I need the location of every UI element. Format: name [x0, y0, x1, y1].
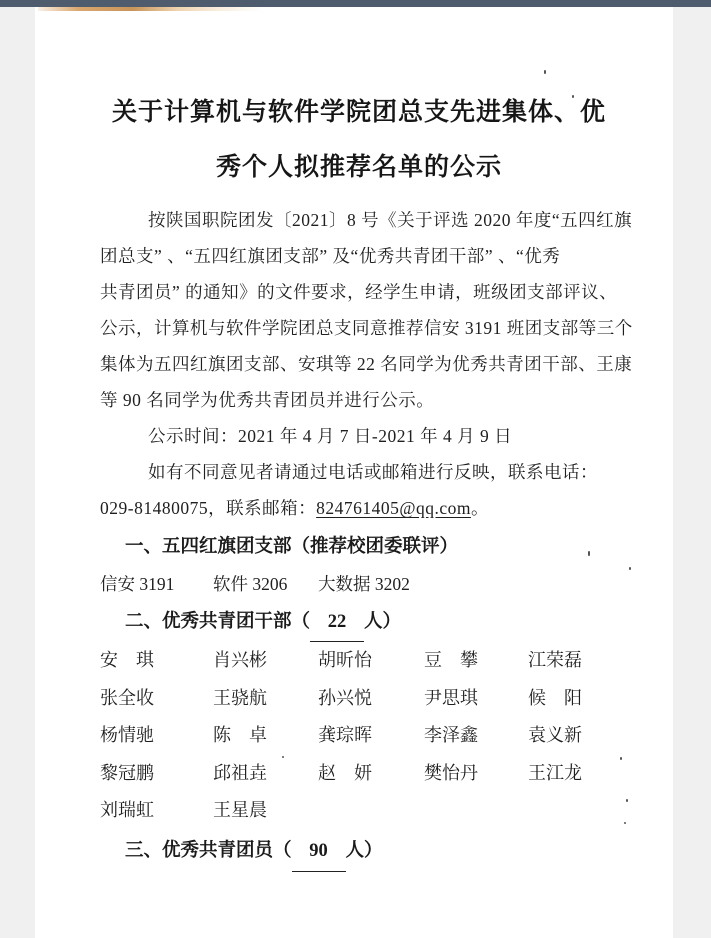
name-item: 陈 卓 — [213, 717, 318, 755]
branch-item: 软件 3206 — [213, 566, 318, 602]
scan-speck — [626, 799, 628, 802]
viewer-top-bar — [0, 0, 711, 7]
feedback-line-2: 029-81480075，联系邮箱：824761405@qq.com。 — [100, 490, 618, 526]
name-item: 王江龙 — [528, 755, 618, 793]
name-item: 樊怡丹 — [424, 755, 528, 793]
name-item: 候 阳 — [528, 680, 618, 718]
name-item: 邱祖垚 — [213, 755, 318, 793]
name-item: 黎冠鹏 — [100, 755, 213, 793]
name-item: 孙兴悦 — [318, 680, 424, 718]
body-line: 按陕国职院团发〔2021〕8 号《关于评选 2020 年度“五四红旗 — [100, 202, 618, 238]
section-3-heading: 三、优秀共青团员（90人） — [100, 830, 618, 872]
name-item: 杨情驰 — [100, 717, 213, 755]
name-item: 龚琮晖 — [318, 717, 424, 755]
section-3-heading-suffix: 人） — [346, 839, 383, 860]
name-item: 李泽鑫 — [424, 717, 528, 755]
section-1-heading: 一、五四红旗团支部（推荐校团委联评） — [100, 526, 618, 566]
body-line: 集体为五四红旗团支部、安琪等 22 名同学为优秀共青团干部、王康 — [100, 346, 618, 382]
scan-speck — [282, 756, 284, 758]
document-title-line-1: 关于计算机与软件学院团总支先进集体、优 — [100, 85, 618, 140]
feedback-line-2-end: 。 — [471, 498, 489, 518]
name-item: 江荣磊 — [528, 642, 618, 680]
document-viewer: 关于计算机与软件学院团总支先进集体、优 秀个人拟推荐名单的公示 按陕国职院团发〔… — [0, 0, 711, 938]
name-item: 袁义新 — [528, 717, 618, 755]
member-count: 90 — [292, 831, 346, 872]
body-line: 等 90 名同学为优秀共青团员并进行公示。 — [100, 382, 618, 418]
name-item: 赵 妍 — [318, 755, 424, 793]
name-item: 胡昕怡 — [318, 642, 424, 680]
branch-item: 信安 3191 — [100, 566, 213, 602]
section-3-heading-prefix: 三、优秀共青团员（ — [125, 839, 292, 860]
section-2-heading-suffix: 人） — [364, 610, 401, 631]
scan-speck — [572, 95, 574, 98]
scan-speck — [544, 70, 546, 74]
publicity-time-line: 公示时间：2021 年 4 月 7 日-2021 年 4 月 9 日 — [100, 418, 618, 454]
scan-speck — [629, 567, 631, 570]
body-line: 团总支” 、“五四红旗团支部” 及“优秀共青团干部” 、“优秀 — [100, 238, 618, 274]
cadre-name-list: 安 琪 肖兴彬 胡昕怡 豆 攀 江荣磊 张全收 王骁航 孙兴悦 尹思琪 候 阳 … — [100, 642, 618, 830]
section-2-heading-prefix: 二、优秀共青团干部（ — [125, 610, 310, 631]
red-flag-branch-list: 信安 3191 软件 3206 大数据 3202 — [100, 566, 618, 602]
body-line: 公示，计算机与软件学院团总支同意推荐信安 3191 班团支部等三个 — [100, 310, 618, 346]
scan-speck — [624, 822, 626, 824]
body-paragraph: 按陕国职院团发〔2021〕8 号《关于评选 2020 年度“五四红旗 团总支” … — [100, 202, 618, 418]
name-item: 张全收 — [100, 680, 213, 718]
contact-email: 824761405@qq.com — [316, 498, 471, 518]
scan-speck — [588, 551, 590, 556]
name-item: 肖兴彬 — [213, 642, 318, 680]
cadre-count: 22 — [310, 603, 364, 642]
scan-smudge-mark — [38, 7, 263, 11]
document-title-line-2: 秀个人拟推荐名单的公示 — [100, 140, 618, 195]
name-item: 豆 攀 — [424, 642, 528, 680]
name-item: 刘瑞虹 — [100, 792, 213, 830]
contact-phone: 029-81480075，联系邮箱： — [100, 498, 316, 518]
feedback-line-1: 如有不同意见者请通过电话或邮箱进行反映，联系电话： — [100, 454, 618, 490]
scan-speck — [620, 757, 622, 760]
section-2-heading: 二、优秀共青团干部（22人） — [100, 602, 618, 642]
name-item: 尹思琪 — [424, 680, 528, 718]
name-item: 王星晨 — [213, 792, 318, 830]
name-item: 王骁航 — [213, 680, 318, 718]
document-page: 关于计算机与软件学院团总支先进集体、优 秀个人拟推荐名单的公示 按陕国职院团发〔… — [35, 7, 673, 938]
page-content: 关于计算机与软件学院团总支先进集体、优 秀个人拟推荐名单的公示 按陕国职院团发〔… — [35, 7, 673, 872]
branch-item: 大数据 3202 — [318, 566, 424, 602]
body-line: 共青团员” 的通知》的文件要求，经学生申请，班级团支部评议、 — [100, 274, 618, 310]
name-item: 安 琪 — [100, 642, 213, 680]
